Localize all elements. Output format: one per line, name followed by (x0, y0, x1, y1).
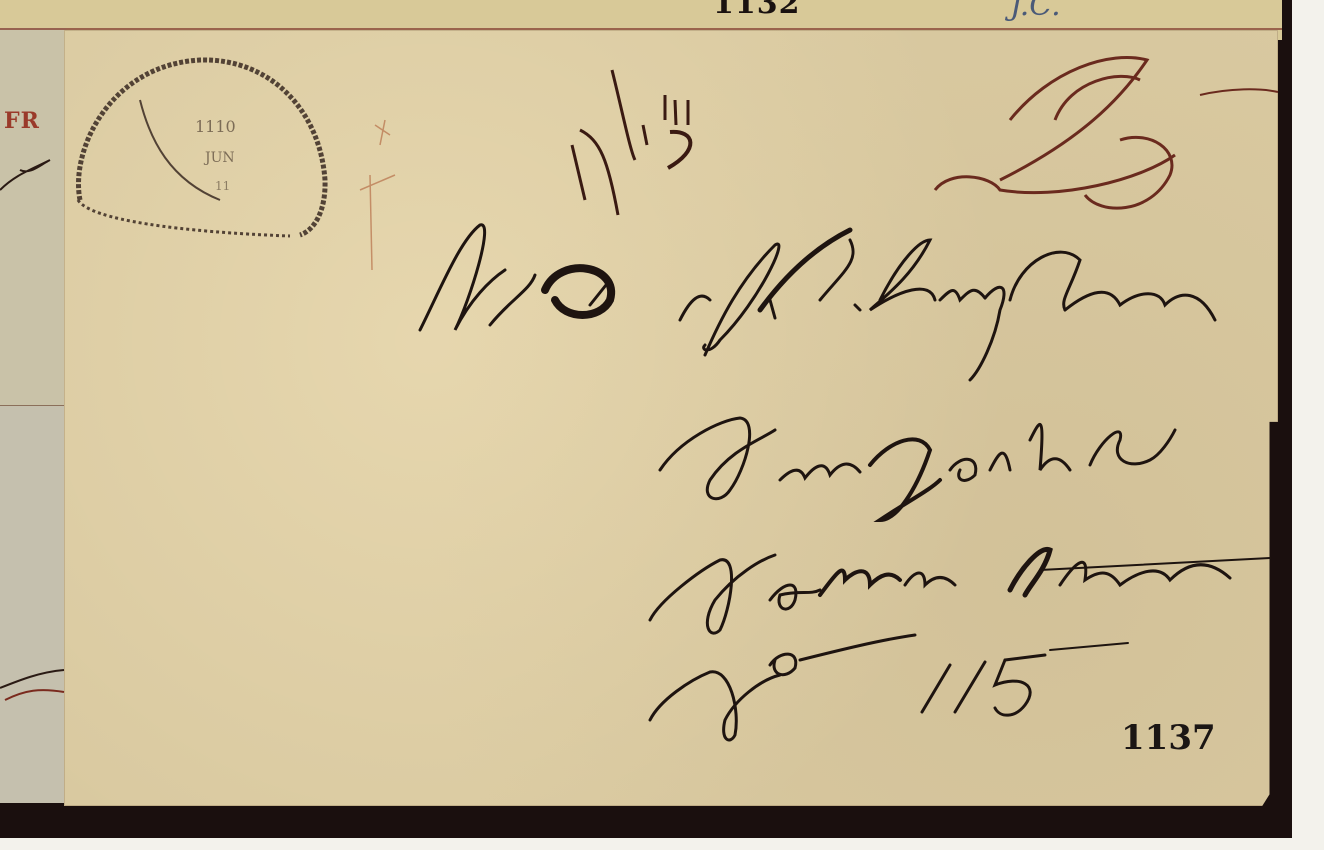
address-line-4 (650, 635, 1128, 740)
catalog-photo: 1132 J.C. FR 1110 JUN 11 (0, 0, 1324, 850)
postmark-month: JUN (203, 150, 235, 166)
address-line-2 (660, 418, 1175, 520)
address-line-3 (650, 549, 1270, 633)
docket-flourish (935, 58, 1278, 209)
faint-red-marks (360, 120, 395, 270)
circular-postmark-icon: 1110 JUN 11 (78, 60, 325, 236)
behind-cover-scribble (0, 160, 64, 700)
lot-number: 1137 (1121, 718, 1216, 758)
svg-text:11: 11 (215, 179, 230, 193)
svg-text:1110: 1110 (195, 117, 236, 136)
address-line-1 (420, 225, 1215, 380)
rate-marking (572, 70, 690, 215)
